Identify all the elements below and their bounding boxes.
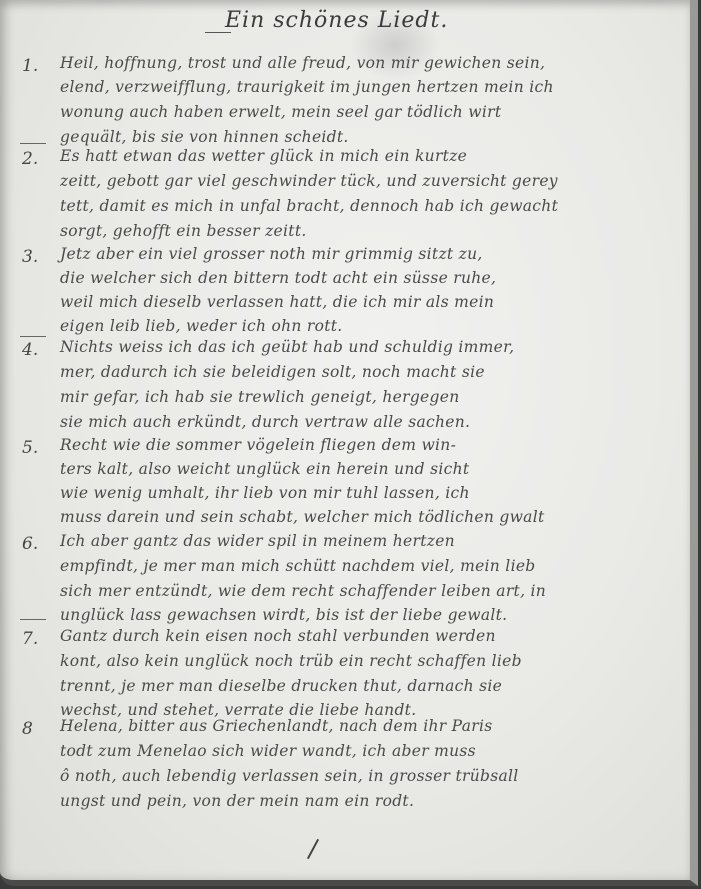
stanza-line: Recht wie die sommer vögelein fliegen de…: [60, 436, 456, 454]
stanza-line: empfindt, je mer man mich schütt nachdem…: [60, 557, 536, 575]
margin-mark: [20, 336, 46, 337]
stanza-line: wonung auch haben erwelt, mein seel gar …: [60, 103, 501, 121]
stanza-line: mir gefar, ich hab sie trewlich geneigt,…: [60, 388, 460, 406]
stanza-line: mer, dadurch ich sie beleidigen solt, no…: [60, 363, 485, 381]
stanza-line: Heil, hoffnung, trost und alle freud, vo…: [60, 54, 545, 72]
stanza-line: unglück lass gewachsen wirdt, bis ist de…: [60, 606, 507, 624]
stanza-line: zeitt, gebott gar viel geschwinder tück,…: [60, 172, 558, 190]
stanza-line: kont, also kein unglück noch trüb ein re…: [60, 652, 522, 670]
stanza-line: sie mich auch erkündt, durch vertraw all…: [60, 413, 470, 431]
folio-mark: [307, 839, 319, 859]
stanza-line: die welcher sich den bittern todt acht e…: [60, 269, 496, 287]
margin-mark: [20, 619, 46, 620]
stanza-number: 3.: [22, 247, 38, 267]
stanza-number: 1.: [22, 56, 38, 76]
stanza-line: eigen leib lieb, weder ich ohn rott.: [60, 317, 343, 335]
margin-mark: [20, 143, 46, 144]
stanza-line: elend, verzweifflung, traurigkeit im jun…: [60, 78, 554, 96]
stanza-line: muss darein und sein schabt, welcher mic…: [60, 508, 544, 526]
stanza-number: 5.: [22, 438, 38, 458]
stanza-line: todt zum Menelao sich wider wandt, ich a…: [60, 742, 476, 760]
stanza-line: sich mer entzündt, wie dem recht schaffe…: [60, 582, 546, 600]
stanza-number: 2.: [22, 149, 38, 169]
stanza-line: ungst und pein, von der mein nam ein rod…: [60, 792, 414, 810]
stanza-line: gequält, bis sie von hinnen scheidt.: [60, 128, 349, 146]
stanza-line: Es hatt etwan das wetter glück in mich e…: [60, 147, 467, 165]
stanza-number: 6.: [22, 534, 38, 554]
stanza-number: 4.: [22, 340, 38, 360]
stanza-line: ters kalt, also weicht unglück ein herei…: [60, 460, 469, 478]
stanza-line: ô noth, auch lebendig verlassen sein, in…: [60, 767, 519, 785]
stanza-line: tett, damit es mich in unfal bracht, den…: [60, 197, 558, 215]
stanza-line: weil mich dieselb verlassen hatt, die ic…: [60, 293, 494, 311]
stanza-line: Ich aber gantz das wider spil in meinem …: [60, 532, 455, 550]
stanza-number: 8: [22, 719, 33, 739]
manuscript-page: Ein schönes Liedt. 1. Heil, hoffnung, tr…: [0, 0, 698, 886]
stanza-line: Jetz aber ein viel grosser noth mir grim…: [60, 245, 483, 263]
stanza-line: sorgt, gehofft ein besser zeitt.: [60, 222, 307, 240]
stanza-number: 7.: [22, 629, 38, 649]
stanza-line: Gantz durch kein eisen noch stahl verbun…: [60, 627, 496, 645]
stanza-line: Helena, bitter aus Griechenlandt, nach d…: [60, 717, 492, 735]
stanza-line: wie wenig umhalt, ihr lieb von mir tuhl …: [60, 484, 470, 502]
stanza-line: Nichts weiss ich das ich geübt hab und s…: [60, 338, 514, 356]
page-title: Ein schönes Liedt.: [225, 8, 448, 33]
stanza-line: trennt, je mer man dieselbe drucken thut…: [60, 677, 502, 695]
